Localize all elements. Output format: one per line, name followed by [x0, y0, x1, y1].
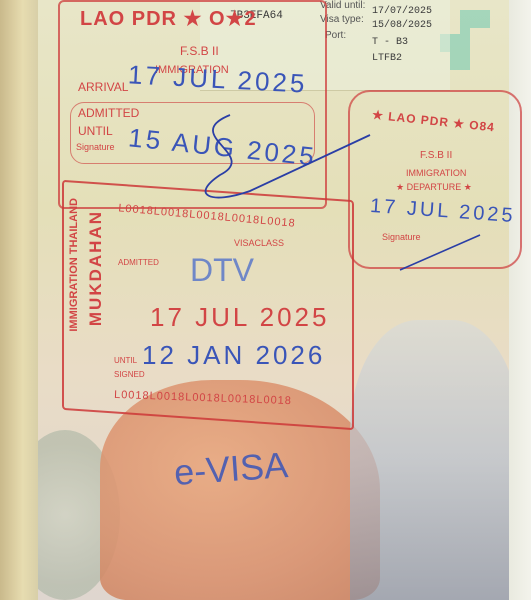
signature-label: Signature: [76, 142, 115, 152]
field-value: 15/08/2025: [372, 20, 432, 31]
field-value: T - B3: [372, 37, 408, 48]
side-label: IMMIGRATION THAILAND: [68, 198, 80, 332]
checkpoint-name: MUKDAHAN: [86, 210, 106, 326]
arrival-label: ARRIVAL: [78, 80, 128, 94]
until-label: UNTIL: [78, 124, 113, 138]
admitted-label: ADMITTED: [78, 106, 139, 120]
until-label: UNTIL: [114, 356, 137, 365]
until-date: 12 JAN 2026: [142, 340, 325, 371]
signature-scribbles: [170, 95, 500, 295]
field-value: 17/07/2025: [372, 6, 432, 17]
stamp-header: LAO PDR ★ O★2: [80, 6, 257, 31]
entry-date: 17 JUL 2025: [150, 302, 329, 333]
signed-label: SIGNED: [114, 370, 145, 379]
stamp-office: F.S.B II: [180, 44, 219, 58]
field-value: LTFB2: [372, 53, 402, 64]
passport-spine: [0, 0, 38, 600]
admitted-label: ADMITTED: [118, 258, 159, 267]
field-label: Port:: [325, 30, 346, 41]
entry-date: 17 JUL 2025: [127, 59, 308, 99]
evisa-stamp: e-VISA: [173, 444, 290, 494]
passport-page: 7B3EFA64 Valid until: Visa type: Port: 1…: [0, 0, 531, 600]
warrior-artwork: [350, 320, 520, 600]
page-edge: [509, 0, 531, 600]
